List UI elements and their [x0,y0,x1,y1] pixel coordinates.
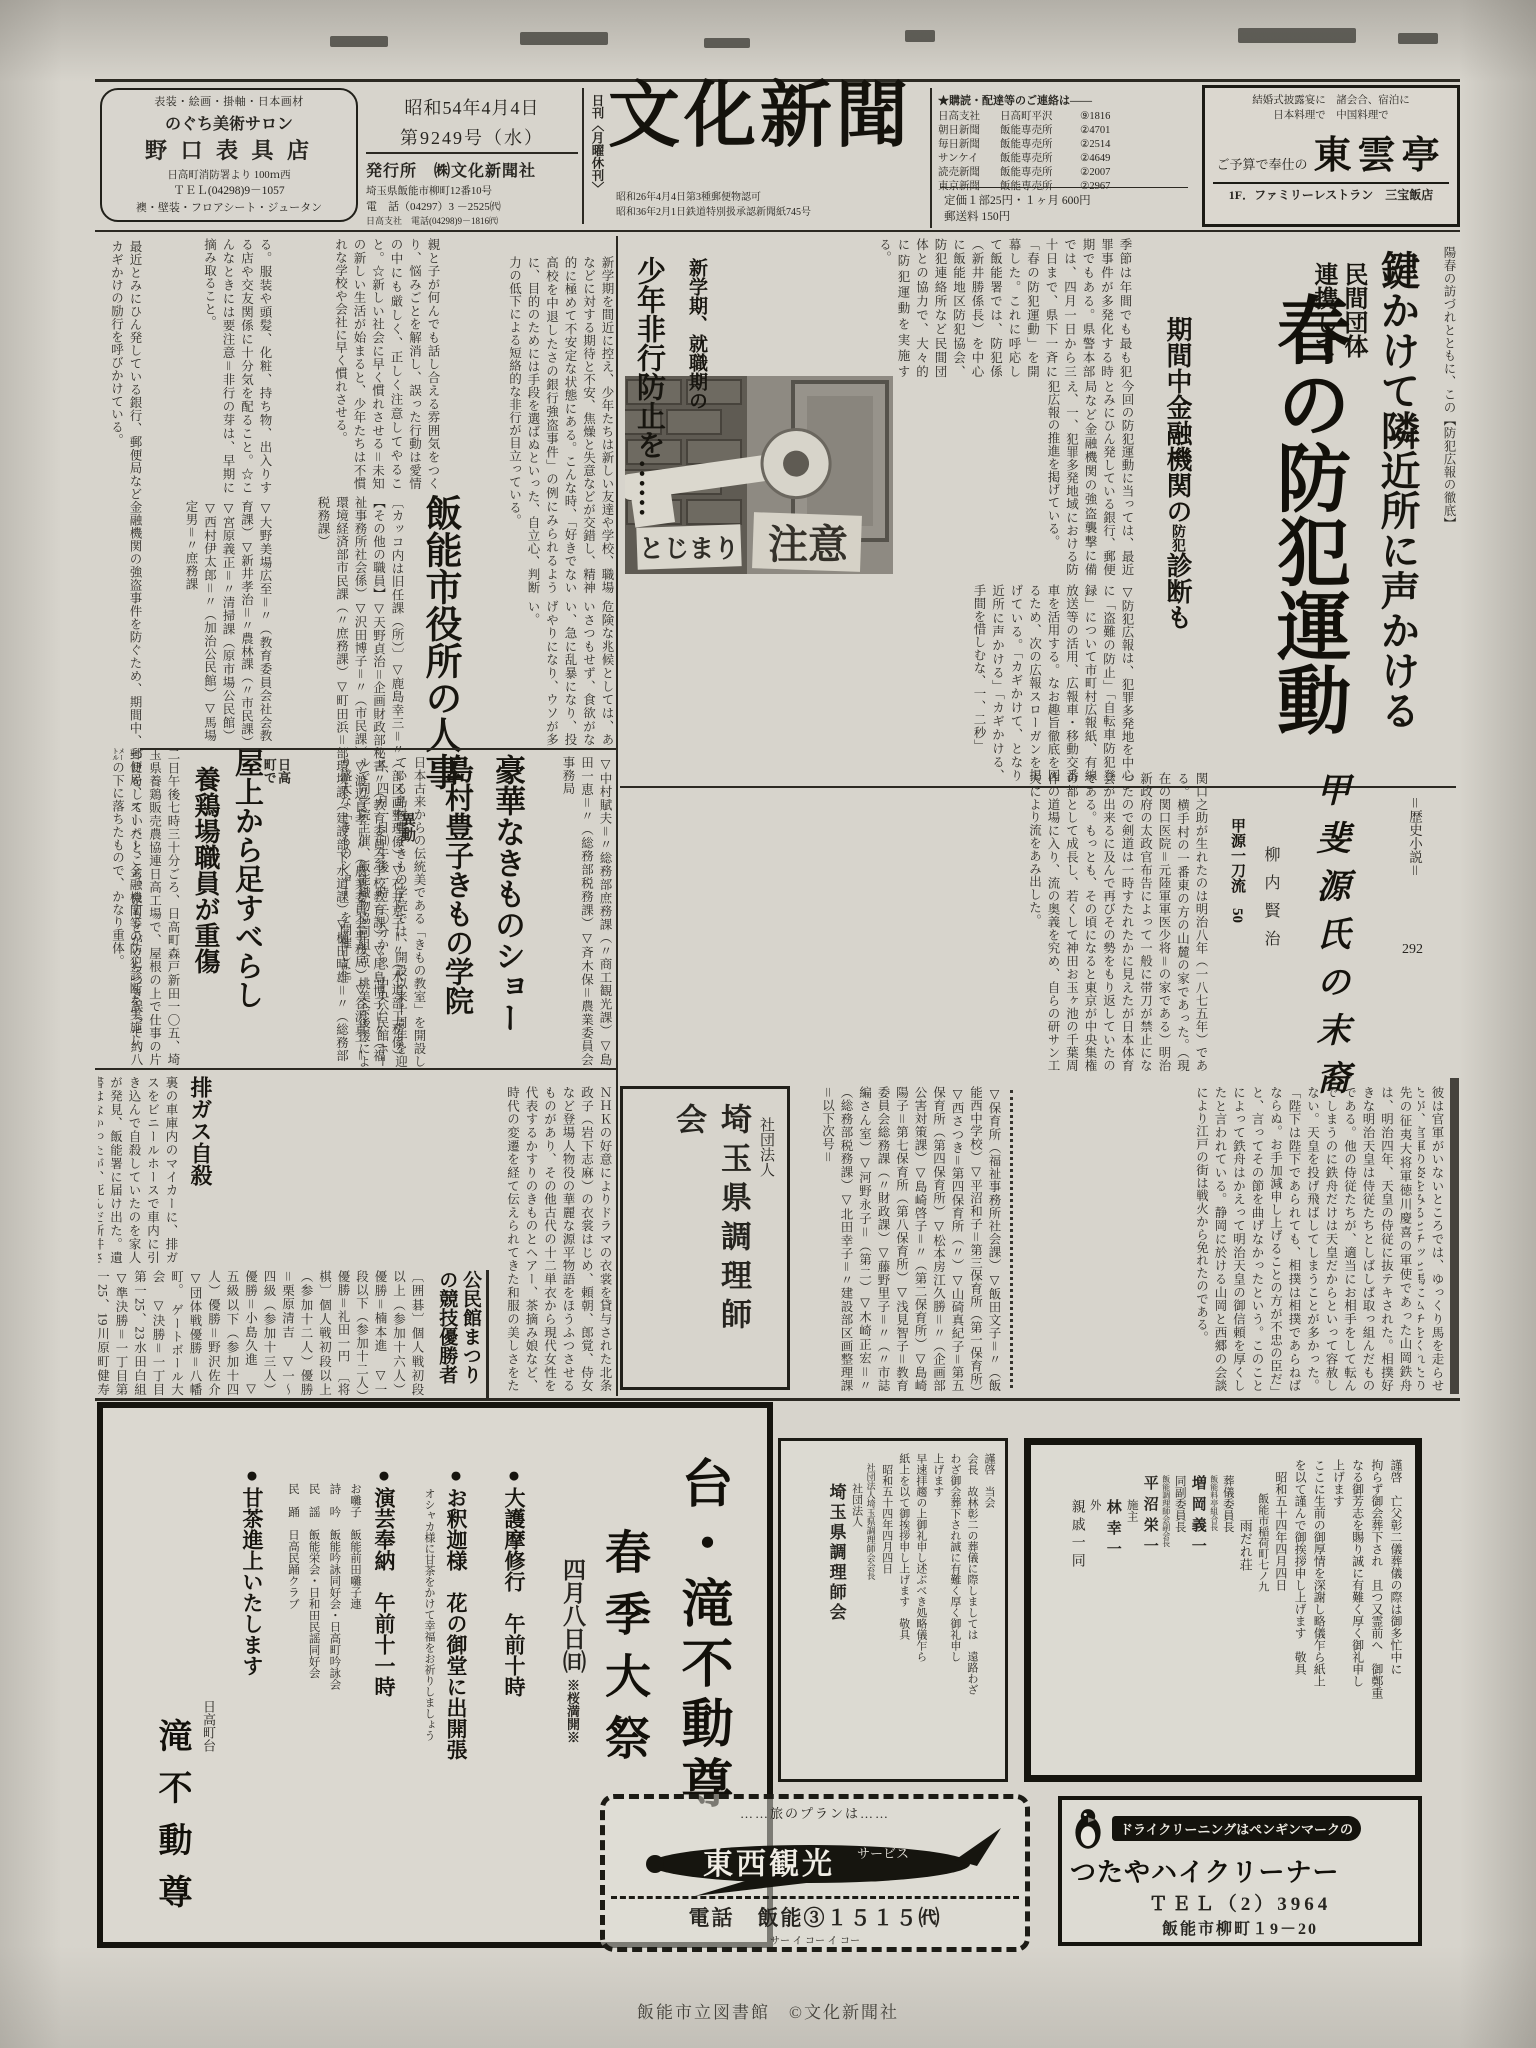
taki-item-goma: ●大護摩修行 午前十時 [499,1463,529,1903]
rooftop-headline-1: 屋上から足すべらし [228,748,268,1073]
crime-headline-main: 鍵かけて隣近所に声かける [1374,250,1426,770]
scan-artifact [905,30,935,42]
crime-article-body-2: 今回の防犯運動に当っては、最近とみにひん発している銀行、郵便局など金融機関の強盗… [902,380,1136,576]
contact-agency: 読売新聞 [938,166,1000,180]
issue-number: 第9249号（水） [366,124,578,150]
scan-artifact [1238,28,1356,43]
publisher-block: 発行所 ㈱文化新聞社 埼玉県飯能市柳町12番10号 電 話（04297）3 －2… [366,158,581,227]
novel-body-2: 先の征夷大将軍徳川慶喜の軍使であった山岡鉄舟は、明治四年、天皇の侍従に抜テキされ… [1022,1086,1414,1392]
funeral-family-address: 飯能市稲荷町七ノ九 [1255,1459,1271,1761]
price-line2: 郵送料 150円 [944,208,1190,224]
ad-tounantei-name: 東雲亭 [1314,124,1446,179]
contact-agency: サンケイ [938,152,1000,166]
funeral-association-sig-type: 社団法人 [849,1483,865,1767]
registration-line2: 昭和36年2月1日鉄道特別扱承認新聞紙745号 [616,203,928,218]
crime-headline-big: 春の防犯運動 [1246,292,1344,782]
ad-tsutaya-frame: ドライクリーニングはペンギンマークの つたやハイクリーナー ＴＥＬ（2）3964… [1058,1796,1422,1946]
tsutaya-address: 飯能市柳町１9－20 [1070,1916,1410,1939]
taki-date-text: 四月八日㈰ [560,1558,585,1673]
ad-noguchi-services: 襖・壁装・フロアシート・ジュータン [108,199,350,215]
taki-sakura-note: ※桜満開※ [565,1679,580,1744]
funeral-role-2-title: 同副委員長 [1172,1475,1188,1761]
header-divider-2 [930,88,932,228]
rooftop-kicker: 日高 町で [266,758,290,838]
contact-place: 飯能専売所 [1000,124,1080,138]
sign-chui: 注意 [768,522,848,567]
tsutaya-banner: ドライクリーニングはペンギンマークの [1112,1816,1361,1841]
taki-performers: お囃子 飯能前田囃子連 詩 吟 飯能吟詠同好会・日高町吟詠会 民 謡 飯能栄会・… [282,1483,365,1913]
tsutaya-name: つたやハイクリーナー [1070,1852,1410,1889]
juvenile-body-1: 新学期を間近に控え、少年たちは新しい友達や学校、職場などに対する期待と不安、焦燥… [452,256,616,594]
ad-tounantei-line1: 結婚式披露宴に 諸会合、宿泊に [1213,92,1449,107]
tozai-tagline: ……旅のプランは…… [611,1803,1019,1822]
issue-date-line1: 昭和54年4月4日 [366,94,578,120]
funeral-notice-family: 謹啓 亡父彰二儀葬儀の際は御多忙中に 拘らず御会葬下され 且つ又霊前へ 御鄭重 … [1024,1438,1422,1782]
tozai-name: 東西観光 [703,1848,835,1881]
contact-place: 飯能専売所 [1000,166,1080,180]
chorikai-name-box: 社団法人 埼玉県調理師会 [620,1086,790,1390]
penguin-icon [1070,1806,1106,1850]
funeral-role-2-sub: 飯能調理師会副会長 [1161,1475,1172,1761]
ad-noguchi-shop-name: 野 口 表 具 店 [108,134,350,165]
scan-artifact [520,32,608,45]
funeral-association-signature: 社団法人 埼玉県調理師会 [824,1453,865,1767]
taki-item-amacha: ●甘茶進上いたします [237,1463,267,1903]
rooftop-body: 二日午後七時三十分ごろ、日高町森戸新田一〇五、埼玉県養鶏販売農協連日高工場で、屋… [98,748,182,1066]
kimono-headline-1: 豪華なきものショー [484,754,530,1064]
crime-headline-sub-small: 防犯 [1170,524,1185,552]
gas-body: 裏の車庫内のマイカーに、排ガスをビニールホースで車内に引き込んで自殺していたのを… [98,1076,180,1264]
funeral-notice-association: 謹啓 当会 会長 故林彰二の葬儀に際しましては 遠路わざ わざ御会葬下され誠に有… [778,1438,1008,1782]
funeral-association-sig-name: 埼玉県調理師会 [824,1483,849,1767]
novel-body-3: 彼は官軍がいないところでは、ゆっくり馬を走らせたが、官軍の姿をみるとチッと馬にム… [1418,1086,1446,1392]
crime-article-body-3: ▽防犯広報は、犯罪多発地を中心に「盗難の防止」「自転車防犯登録」について市町村広… [622,584,1136,782]
kimono-body-1: 日本古来からの伝統美である「きもの教室」を開設している島村豊子きもの学院では、開… [340,756,428,1068]
tozai-phone-reading: サー イ コー イ コー [611,1932,1019,1947]
header-divider-1 [582,88,584,224]
ad-tounantei-frame: 結婚式披露宴に 諸会合、宿泊に 日本料理で 中国料理で ご予算で奉仕の 東雲亭 … [1202,85,1460,227]
contact-phone: ②2514 [1080,138,1190,152]
scan-artifact [330,36,388,47]
publisher-branch: 日高支社 電話(04298)9－1816㈹ [366,214,581,227]
novel-genre-label: ＝歴史小説＝ [1396,796,1424,936]
footer-credit: 飯能市立図書館 ©文化新聞社 [0,1998,1536,2023]
juvenile-body-4: る。服装や頭髪、化粧、持ち物、出入りする店や交友関係に十分気を配ること。☆こんな… [148,238,274,494]
contact-place: 飯能専売所 [1000,138,1080,152]
contact-place: 飯能専売所 [1000,152,1080,166]
masthead-registration: 昭和26年4月4日第3種郵便物認可 昭和36年2月1日鉄道特別扱承認新聞紙745… [616,188,928,218]
funeral-role-1-name: 増岡義一 [1188,1475,1209,1761]
contact-place: 日高町平沢 [1000,110,1080,124]
scan-artifact [1398,33,1438,44]
mid-rule-2 [95,1068,618,1070]
ad-tounantei-slogan: ご予算で奉仕の [1216,154,1307,179]
ad-noguchi-salon: のぐち美術サロン [108,111,350,134]
wavy-divider [1010,1090,1013,1388]
issue-date: 昭和54年4月4日 第9249号（水） [366,94,578,150]
novel-episode-number: 292 [1402,942,1423,958]
ad-tozai-frame: ……旅のプランは…… 東西観光 サービス 電話 飯能③１５１５㈹ サー イ コー… [600,1794,1030,1952]
funeral-role-3: 施主 林幸一 [1103,1459,1140,1761]
taki-name-bottom: 滝不動尊 [147,1718,196,1928]
price-block: 定価１部25円・１ヶ月 600円 郵送料 150円 [944,192,1190,224]
ad-tounantei-restaurant: 1F．ファミリーレストラン 三宝飯店 [1213,182,1449,203]
funeral-family-house: 雨だれ荘 [1236,1459,1255,1761]
mid-rule-1 [140,748,618,750]
crime-article-lead: 陽春の訪づれとともに、この【防犯広報の徹底】 [1428,246,1458,786]
funeral-role-2-name: 平沼栄一 [1140,1475,1161,1761]
funeral-association-sub: 社団法人埼玉県調理師会会長 [865,1453,878,1767]
community-headline: 公民館まつり の競技優勝者 [434,1270,489,1398]
funeral-role-4-name: 親戚一同 [1067,1499,1087,1761]
taki-date: 四月八日㈰ ※桜満開※ [556,1558,589,1918]
masthead-title: 文化新聞 [608,80,934,152]
newspaper-page: 表装・絵画・掛軸・日本画材 のぐち美術サロン 野 口 表 具 店 日高町消防署よ… [0,0,1536,2048]
contacts-header: ★購読・配達等のご連絡は—— [938,92,1190,108]
gas-headline: 排ガス自殺 [184,1076,216,1216]
crime-headline-sub-pre: 期間中金融機関の [1163,316,1192,524]
funeral-role-1-sub: 飯能料亭組合長 [1209,1475,1220,1761]
funeral-association-body: 謹啓 当会 会長 故林彰二の葬儀に際しましては 遠路わざ わざ御会葬下され誠に有… [878,1453,997,1767]
scan-artifact [704,38,750,48]
funeral-role-3-name: 林幸一 [1103,1499,1124,1761]
juvenile-headline-kicker: 新学期、就職期の [676,258,710,578]
juvenile-body-3: 危険な兆候としては、あいさつもせず、食欲がない、急に乱暴になり、投げやりになり、… [468,600,616,746]
publisher-phone: 電 話（04297）3 －2525㈹ [366,198,581,214]
tozai-phone: 電話 飯能③１５１５㈹ [611,1896,1019,1932]
registration-line1: 昭和26年4月4日第3種郵便物認可 [616,188,928,203]
chorikai-type: 社団法人 [756,1103,777,1373]
funeral-role-1: 葬儀委員長 飯能料亭組合長 増岡義一 [1188,1459,1236,1761]
contact-phone: ②4649 [1080,152,1190,166]
ad-noguchi-frame: 表装・絵画・掛軸・日本画材 のぐち美術サロン 野 口 表 具 店 日高町消防署よ… [100,88,358,222]
kimono-headline-2: 島村豊子きもの学院 [434,754,478,1084]
personnel-body-continued: ▽保育所（福祉事務所社会課）▽飯田文子＝〃（飯能西中学校）▽平沼和子＝第三保育所… [795,1086,1003,1392]
crime-headline-sub: 期間中金融機関の防犯診断も [1152,316,1196,776]
kimono-body-2: ＮＨＫの好意によりドラマの衣裳を貸与された北条政子（岩下志麻）の衣裳はじめ、頼朝… [502,1086,614,1392]
funeral-role-1-title: 葬儀委員長 [1220,1475,1236,1761]
personnel-body-3: ▽中村賦夫＝〃総務部庶務課（〃商工観光課）▽島田一恵＝〃（総務部税務課）▽斉木保… [534,756,614,1066]
section-divider-vertical [616,236,618,1396]
ad-noguchi-phone: ＴＥＬ(04298)9－1057 [108,182,350,198]
novel-body-1: 関口之助が生れたのは明治八年（一八七五年）である。横手村の一番東の方の山麓の家で… [978,772,1210,1072]
personnel-body-2: ▽大野美場広至＝〃（教育委員会社会教育課）▽新井孝治＝〃農林課（〃市民課）▽宮原… [148,500,274,742]
community-body: 〔囲碁〕個人戦初段以上（参加十六人）優勝＝楠本進 ▽一段以下（参加十二人）優勝＝… [98,1270,426,1396]
crime-headline-sub-post: 診断も [1163,552,1192,630]
crime-article-body-1: 季節は年間でも最も犯罪事件が多発化する時期でもある。県警本部では、四月一日から三… [718,238,1134,378]
juvenile-body-2: 親と子が何んでも話し合える雰囲気をつくり、悩みごとを解消し、誤った行動は愛情の中… [284,238,442,490]
header-bottom-rule [95,230,1460,232]
taki-item-shaka: ●お釈迦様 花の御堂に出開張 [441,1463,471,1903]
taki-item-engei: ●演芸奉納 午前十一時 [369,1463,399,1903]
ad-noguchi-address: 日高町消防署より 100ｍ西 [108,167,350,182]
funeral-role-4: 外 親戚一同 [1067,1459,1103,1761]
taki-place: 日高町台 [199,1700,218,1820]
chorikai-name: 埼玉県調理師会 [666,1103,756,1373]
contact-agency: 毎日新聞 [938,138,1000,152]
tsutaya-phone: ＴＥＬ（2）3964 [1070,1889,1410,1916]
subscription-contacts: ★購読・配達等のご連絡は—— 日高支社日高町平沢⑨1816 朝日新聞飯能専売所②… [938,92,1190,194]
taki-item-shaka-note: オシャカ様に甘茶をかけて幸福をお祈りしましょう [421,1488,437,1908]
contact-agency: 日高支社 [938,110,1000,124]
tozai-service: サービス [857,1846,909,1861]
contact-agency: 朝日新聞 [938,124,1000,138]
contacts-rule [940,187,1188,188]
funeral-role-3-title: 施主 [1124,1499,1140,1761]
rooftop-headline-2: 養鶏場職員が重傷 [186,766,224,1071]
funeral-family-body: 謹啓 亡父彰二儀葬儀の際は御多忙中に 拘らず御会葬下され 且つ又霊前へ 御鄭重 … [1271,1459,1405,1761]
contact-phone: ②4701 [1080,124,1190,138]
price-line1: 定価１部25円・１ヶ月 600円 [944,192,1190,208]
daily-label: 日刊〈月曜休刊〉 [588,94,606,224]
airplane-icon: 東西観光 サービス [625,1822,1005,1896]
funeral-role-2: 同副委員長 飯能調理師会副会長 平沼栄一 [1140,1459,1188,1761]
ad-tounantei-line2: 日本料理で 中国料理で [1213,107,1449,122]
contact-phone: ⑨1816 [1080,110,1190,124]
publisher-name: 発行所 ㈱文化新聞社 [366,158,581,181]
juvenile-headline: 少年非行防止を…… [624,256,670,596]
publisher-address: 埼玉県飯能市柳町12番10号 [366,183,581,198]
ads-top-rule [95,1398,1460,1401]
novel-author: 柳内賢治 [1252,846,1282,1096]
ad-noguchi-category: 表装・絵画・掛軸・日本画材 [108,93,350,109]
page-edge-bar [1450,1078,1459,1394]
date-rule [366,152,578,154]
novel-chapter: 甲源一刀流 50 [1218,818,1248,1038]
funeral-role-4-title: 外 [1087,1499,1103,1761]
contact-phone: ②2007 [1080,166,1190,180]
